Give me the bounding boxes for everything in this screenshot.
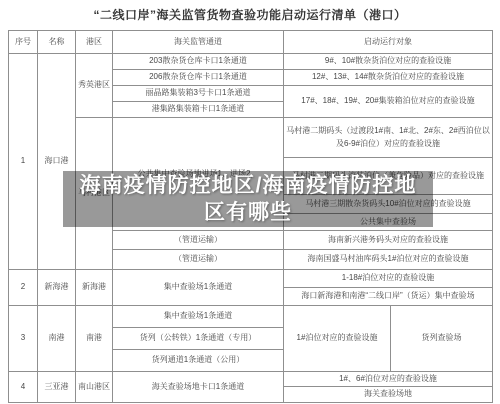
table-row: 2 新海港 新海港 集中查验场1条通道 1-18#泊位对应的查验设施 (9, 270, 493, 288)
channel-cell: 货列（公转铁）1条通道（专用） (113, 328, 284, 350)
target-cell: 海关查验场地 (284, 387, 493, 402)
target-cell: 1-18#泊位对应的查验设施 (284, 270, 493, 288)
column-header-channel: 海关监管通道 (113, 31, 284, 54)
target-cell: 马村港二期码头（过渡段1#南、1#北、2#东、2#西泊位以及6-9#泊位）对应的… (284, 118, 493, 158)
target-cell: 12#、13#、14#散杂货泊位对应的查验设施 (284, 70, 493, 86)
channel-cell: 港集路集装箱卡口1条通道 (113, 102, 284, 118)
port-area-cell: 南港 (76, 306, 113, 372)
target-cell: 货列查验场 (391, 306, 493, 372)
table-header-row: 序号 名称 港区 海关监管通道 启动运行对象 (9, 31, 493, 54)
port-area-cell: 马村港区 (76, 118, 113, 270)
table-row: 马村港区 公共集中查验场地进场1、进场2， 马村港二期码头（过渡段1#南、1#北… (9, 118, 493, 158)
column-header-area: 港区 (76, 31, 113, 54)
channel-cell: 集中查验场1条通道 (113, 270, 284, 306)
serial-cell: 2 (9, 270, 38, 306)
serial-cell: 4 (9, 372, 38, 403)
port-area-cell: 秀英港区 (76, 54, 113, 118)
channel-cell: 公共集中查验场地进场1、进场2， (113, 118, 284, 231)
port-name-cell: 南港 (38, 306, 76, 372)
port-name-cell: 三亚港 (38, 372, 76, 403)
port-name-cell: 新海港 (38, 270, 76, 306)
column-header-name: 名称 (38, 31, 76, 54)
table-row: 1 海口港 秀英港区 203散杂货仓库卡口1条通道 9#、10#散杂货泊位对应的… (9, 54, 493, 70)
channel-cell: 货列通道1条通道（公用） (113, 350, 284, 372)
channel-cell: 203散杂货仓库卡口1条通道 (113, 54, 284, 70)
channel-cell: （管道运输） (113, 250, 284, 270)
target-cell: 1#、6#泊位对应的查验设施 (284, 372, 493, 387)
channel-cell: 海关查验场地卡口1条通道 (113, 372, 284, 403)
target-cell: 马村港二期码头滚装泊位（兼危险品）对应的查验设施 (284, 158, 493, 195)
page-title: “二线口岸”海关监管货物查验功能启动运行清单（港口） (0, 6, 500, 23)
target-cell: 马村港三期散杂货码头10#泊位对应的查验设施 (284, 195, 493, 214)
channel-cell: 206散杂货仓库卡口1条通道 (113, 70, 284, 86)
port-name-cell: 海口港 (38, 54, 76, 270)
column-header-target: 启动运行对象 (284, 31, 493, 54)
target-cell: 海南新兴港务码头对应的查验设施 (284, 231, 493, 250)
channel-cell: 集中查验场1条通道 (113, 306, 284, 328)
target-cell: 公共集中查验场 (284, 214, 493, 231)
channel-cell: 丽晶路集装箱3号卡口1条通道 (113, 86, 284, 102)
serial-cell: 3 (9, 306, 38, 372)
target-cell: 9#、10#散杂货泊位对应的查验设施 (284, 54, 493, 70)
table-row: 3 南港 南港 集中查验场1条通道 1#泊位对应的查验设施 货列查验场 (9, 306, 493, 328)
target-cell: 海口新海港和南港“二线口岸”（货运）集中查验场 (284, 288, 493, 306)
port-area-cell: 新海港 (76, 270, 113, 306)
table-row: 4 三亚港 南山港区 海关查验场地卡口1条通道 1#、6#泊位对应的查验设施 (9, 372, 493, 387)
target-cell: 1#泊位对应的查验设施 (284, 306, 391, 372)
target-cell: 17#、18#、19#、20#集装箱泊位对应的查验设施 (284, 86, 493, 118)
port-area-cell: 南山港区 (76, 372, 113, 403)
channel-cell: （管道运输） (113, 231, 284, 250)
column-header-serial: 序号 (9, 31, 38, 54)
serial-cell: 1 (9, 54, 38, 270)
customs-channel-table: 序号 名称 港区 海关监管通道 启动运行对象 1 海口港 秀英港区 203散杂货… (8, 30, 493, 403)
target-cell: 海南国盛马村油库码头1#泊位对应的查验设施 (284, 250, 493, 270)
